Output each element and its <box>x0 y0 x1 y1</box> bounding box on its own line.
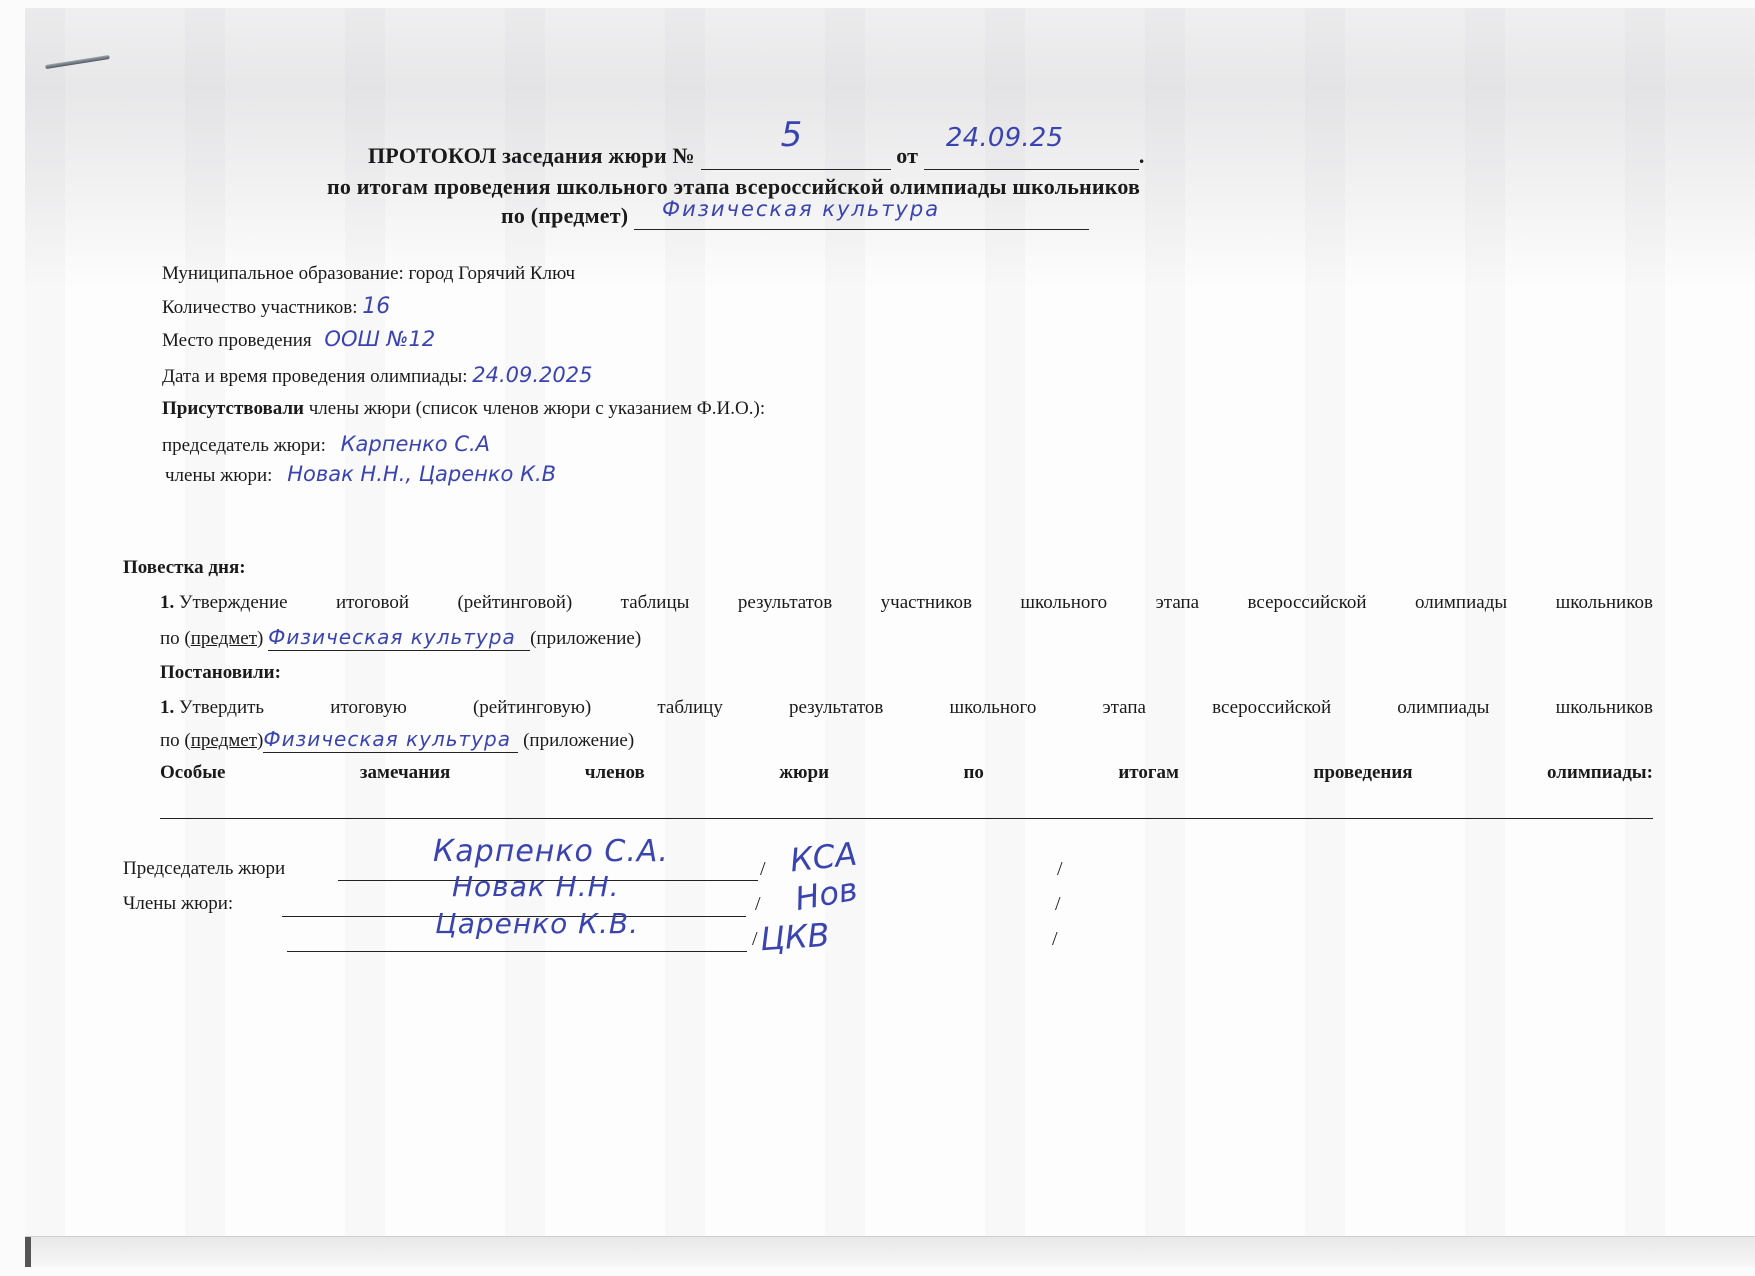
municipality: Муниципальное образование: город Горячий… <box>162 263 575 285</box>
protocol-date-field[interactable]: 24.09.25 <box>924 143 1139 170</box>
resolution-heading: Постановили: <box>160 662 281 684</box>
agenda-subject-field[interactable]: Физическая культура <box>268 625 530 651</box>
participants-value[interactable]: 16 <box>362 294 390 319</box>
word: итоговую <box>330 697 407 719</box>
protocol-number-field[interactable]: 5 <box>701 143 891 170</box>
resolution-subject-value: Физическая культура <box>263 727 511 751</box>
word: школьников <box>1556 697 1653 719</box>
word: всероссийской <box>1248 592 1367 614</box>
word: итогам <box>1118 762 1179 784</box>
chair-label: председатель жюри: <box>162 435 326 456</box>
subject-line: по (предмет) Физическая культура <box>501 203 1089 230</box>
word: школьников <box>1556 592 1653 614</box>
subject-prefix: по ( <box>160 628 191 649</box>
chair-row: председатель жюри: Карпенко С.А <box>162 432 490 457</box>
resolution-item-1: 1. Утвердить итоговую (рейтинговую) табл… <box>160 697 1653 719</box>
protocol-title: ПРОТОКОЛ заседания жюри № 5 от 24.09.25 … <box>368 143 1145 170</box>
word: результатов <box>738 592 832 614</box>
word: Утверждение <box>179 592 288 613</box>
venue-row: Место проведения ООШ №12 <box>162 327 435 352</box>
scanner-bottom-edge <box>25 1236 1755 1267</box>
signature-separator: / <box>760 858 766 881</box>
subject-word: предмет <box>191 730 257 751</box>
attended-row: Присутствовали члены жюри (список членов… <box>162 398 765 420</box>
signature-end-separator: / <box>1055 893 1061 916</box>
word: проведения <box>1313 762 1412 784</box>
participants-label: Количество участников: <box>162 297 358 318</box>
word: этапа <box>1156 592 1199 614</box>
word: итоговой <box>336 592 409 614</box>
participants-row: Количество участников: 16 <box>162 294 390 319</box>
agenda-subject-row: по (предмет) Физическая культура(приложе… <box>160 625 641 651</box>
subject-label: по (предмет) <box>501 203 628 228</box>
signature-members-label: Члены жюри: <box>123 893 233 915</box>
signature-member-2-name: Царенко К.В. <box>435 907 639 940</box>
signature-member-2-name-field[interactable]: Царенко К.В. <box>287 925 747 952</box>
word: участников <box>881 592 972 614</box>
word: замечания <box>360 762 450 784</box>
word: результатов <box>789 697 883 719</box>
subject-suffix: ) <box>257 628 263 649</box>
word: Особые <box>160 762 225 784</box>
signature-separator: / <box>752 928 758 951</box>
word: таблицу <box>657 697 722 719</box>
signature-chair-name: Карпенко С.А. <box>433 834 669 869</box>
subject-field[interactable]: Физическая культура <box>634 203 1089 230</box>
protocol-date: 24.09.25 <box>946 123 1063 153</box>
word: олимпиады: <box>1547 762 1653 784</box>
signature-member-1-name: Новак Н.Н. <box>452 870 620 903</box>
title-prefix: ПРОТОКОЛ заседания жюри № <box>368 143 695 168</box>
resolution-subject-field[interactable]: Физическая культура <box>263 727 518 753</box>
word: этапа <box>1102 697 1145 719</box>
protocol-number: 5 <box>781 115 803 155</box>
date-label: от <box>896 143 918 168</box>
members-row: члены жюри: Новак Н.Н., Царенко К.В <box>165 462 556 487</box>
signature-end-separator: / <box>1057 858 1063 881</box>
resolution-item-number: 1. <box>160 697 174 718</box>
word: таблицы <box>621 592 690 614</box>
subject-value: Физическая культура <box>662 197 940 221</box>
word: членов <box>585 762 645 784</box>
agenda-heading: Повестка дня: <box>123 557 246 579</box>
word: всероссийской <box>1212 697 1331 719</box>
agenda-item-number: 1. <box>160 592 174 613</box>
remarks-field[interactable] <box>160 818 1653 819</box>
word: по <box>963 762 983 784</box>
signature-end-separator: / <box>1052 928 1058 951</box>
word: (рейтинговой) <box>457 592 572 614</box>
venue-label: Место проведения <box>162 330 312 351</box>
appendix-label: (приложение) <box>523 730 634 751</box>
subject-word: предмет <box>191 628 257 649</box>
word: (рейтинговую) <box>473 697 591 719</box>
word: школьного <box>950 697 1037 719</box>
datetime-row: Дата и время проведения олимпиады: 24.09… <box>162 363 593 388</box>
signature-chair-label: Председатель жюри <box>123 858 285 880</box>
venue-value[interactable]: ООШ №12 <box>324 327 435 351</box>
word: олимпиады <box>1397 697 1489 719</box>
attended-description: члены жюри (список членов жюри с указани… <box>304 398 765 419</box>
resolution-subject-row: по (предмет)Физическая культура (приложе… <box>160 727 634 753</box>
agenda-subject-value: Физическая культура <box>268 625 516 649</box>
datetime-label: Дата и время проведения олимпиады: <box>162 366 468 387</box>
subject-prefix: по ( <box>160 730 191 751</box>
word: школьного <box>1020 592 1107 614</box>
signature-member-2-autograph: ЦКВ <box>759 916 831 959</box>
remarks-label: Особые замечания членов жюри по итогам п… <box>160 762 1653 784</box>
datetime-value[interactable]: 24.09.2025 <box>472 363 592 387</box>
word: жюри <box>779 762 829 784</box>
attended-label: Присутствовали <box>162 398 304 419</box>
word: олимпиады <box>1415 592 1507 614</box>
members-label: члены жюри: <box>165 465 272 486</box>
signature-separator: / <box>755 893 761 916</box>
members-value[interactable]: Новак Н.Н., Царенко К.В <box>287 462 556 486</box>
agenda-item-1: 1. Утверждение итоговой (рейтинговой) та… <box>160 592 1653 614</box>
appendix-label: (приложение) <box>530 628 641 649</box>
chair-value[interactable]: Карпенко С.А <box>341 432 490 456</box>
word: Утвердить <box>179 697 264 718</box>
